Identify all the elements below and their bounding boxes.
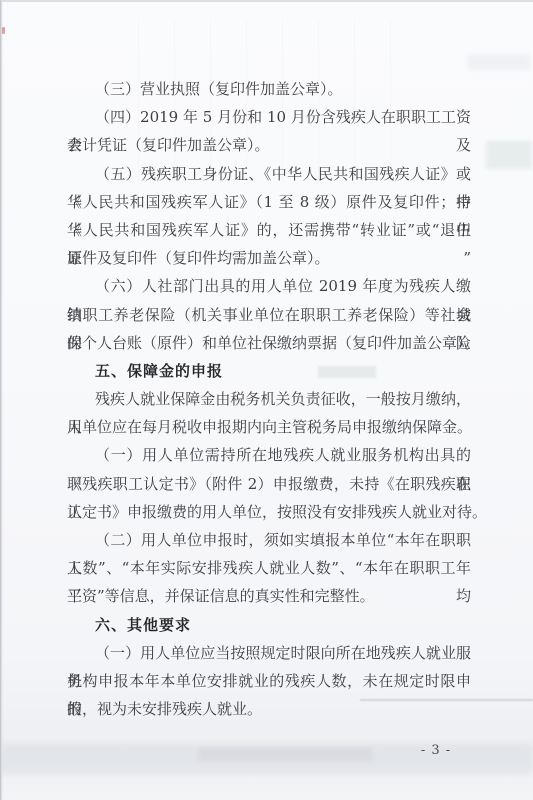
section-heading: 五、保障金的申报: [67, 357, 471, 385]
text-line: 认定书》申报缴费的用人单位，按照没有安排残疾人就业对待。: [67, 498, 471, 526]
text-line: 的个人台账（原件）和单位社保缴纳票据（复印件加盖公章）。: [67, 329, 471, 357]
red-ink-speck-artifact: [2, 27, 5, 34]
text-line: （六）人社部门出具的用人单位 2019 年度为残疾人缴纳城: [67, 272, 471, 300]
text-line: 华人民共和国残疾军人证》（1 至 8 级）原件及复印件；持《中: [67, 188, 471, 216]
text-line: （一）用人单位需持所在地残疾人就业服务机构出具的《在: [67, 441, 471, 469]
text-line: 华人民共和国残疾军人证》的，还需携带“转业证”或“退伍证”: [67, 216, 471, 244]
text-line: （二）用人单位申报时，须如实填报本单位“本年在职职工: [67, 526, 471, 554]
scan-top-edge-artifact: [0, 0, 533, 2]
document-body: （三）营业执照（复印件加盖公章）。（四）2019 年 5 月份和 10 月份含残…: [67, 75, 471, 723]
section-heading: 六、其他要求: [67, 611, 471, 639]
scan-left-edge-artifact: [0, 0, 3, 800]
reverse-side-text-bleedthrough: [486, 141, 532, 169]
reverse-side-text-bleedthrough: [468, 54, 530, 70]
text-line: 人单位应在每月税收申报期内向主管税务局申报缴纳保障金。: [67, 413, 471, 441]
text-line: 镇职工养老保险（机关事业单位在职职工养老保险）等社会保险: [67, 301, 471, 329]
text-line: （三）营业执照（复印件加盖公章）。: [67, 75, 471, 103]
text-line: 的，视为未安排残疾人就业。: [67, 695, 471, 723]
text-line: （五）残疾职工身份证、《中华人民共和国残疾人证》或《中: [67, 160, 471, 188]
text-line: （四）2019 年 5 月份和 10 月份含残疾人在职职工工资表及: [67, 103, 471, 131]
text-line: 人数”、“本年实际安排残疾人就业人数”、“本年在职职工年平均: [67, 554, 471, 582]
text-line: 残疾人就业保障金由税务机关负责征收，一般按月缴纳，用: [67, 385, 471, 413]
text-line: 机构申报本年本单位安排就业的残疾人数，未在规定时限申报: [67, 667, 471, 695]
reverse-side-text-bleedthrough: [198, 748, 372, 762]
page-number: - 3 -: [404, 741, 468, 761]
text-line: 职残疾职工认定书》（附件 2）申报缴费，未持《在职残疾职工: [67, 470, 471, 498]
scanned-document-page: （三）营业执照（复印件加盖公章）。（四）2019 年 5 月份和 10 月份含残…: [0, 0, 533, 800]
text-line: （一）用人单位应当按照规定时限向所在地残疾人就业服务: [67, 639, 471, 667]
